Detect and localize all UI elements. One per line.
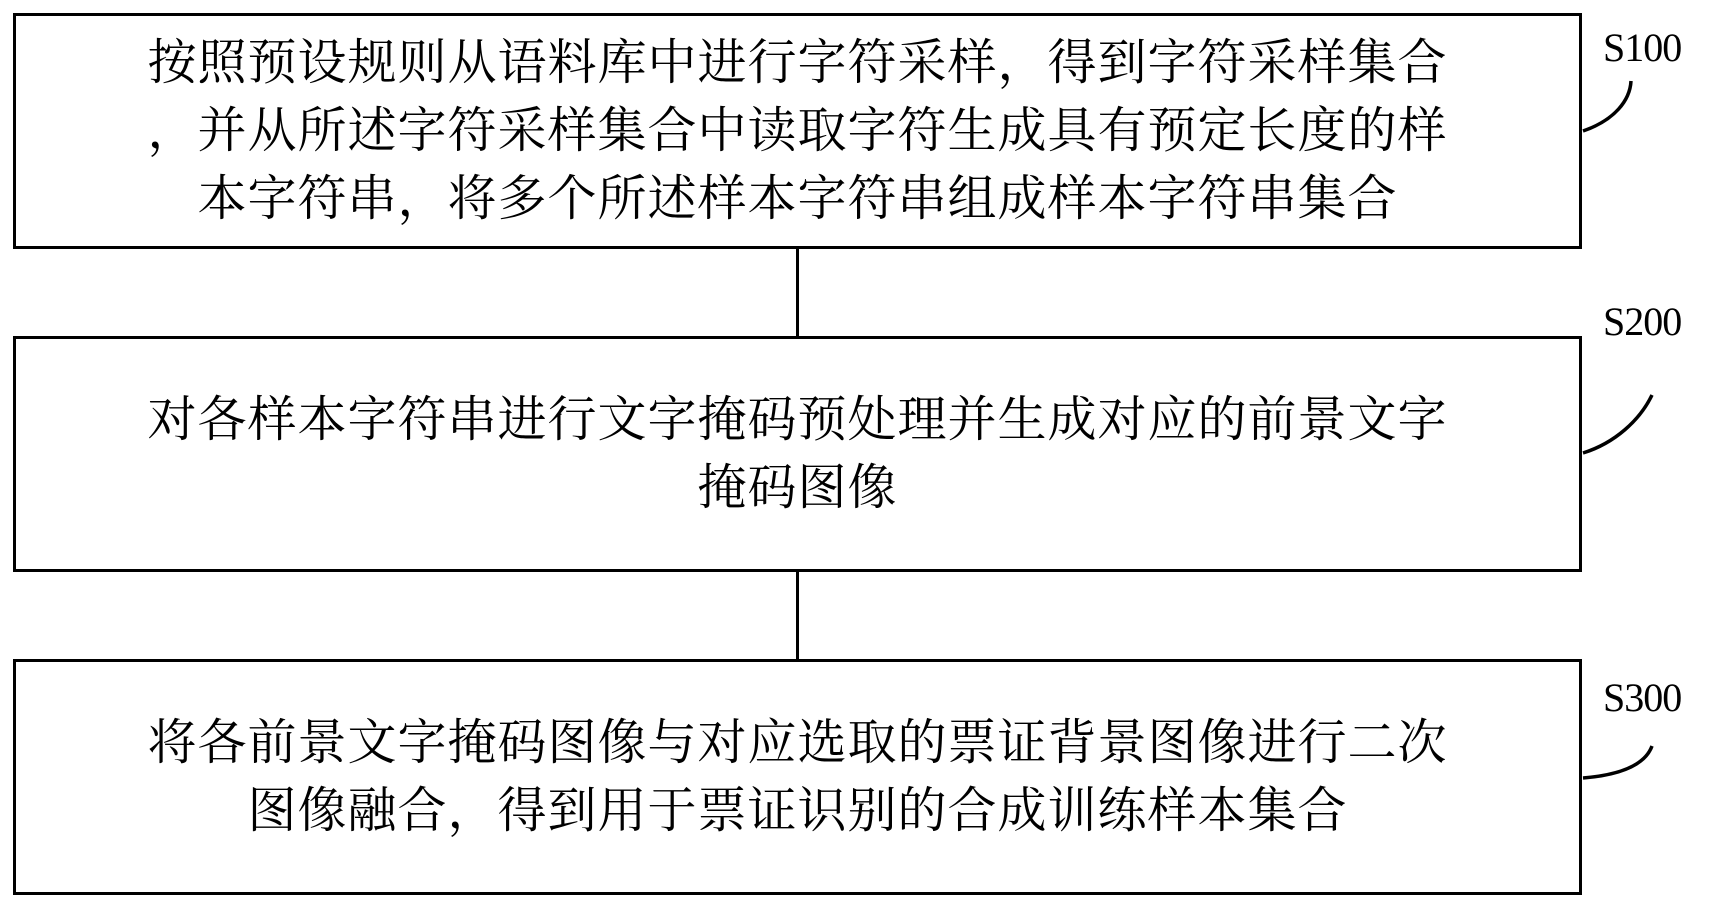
step-label-s100: S100: [1603, 28, 1681, 68]
step-box-s100: 按照预设规则从语料库中进行字符采样，得到字符采样集合 ，并从所述字符采样集合中读…: [13, 13, 1582, 249]
connector-s200-s300: [796, 572, 799, 659]
step-s100-line-1: 按照预设规则从语料库中进行字符采样，得到字符采样集合: [46, 29, 1549, 97]
step-text-s300: 将各前景文字掩码图像与对应选取的票证背景图像进行二次 图像融合，得到用于票证识别…: [16, 709, 1579, 845]
leader-curve-s200: [1583, 395, 1652, 453]
step-s200-line-1: 对各样本字符串进行文字掩码预处理并生成对应的前景文字: [46, 386, 1549, 454]
step-box-s200: 对各样本字符串进行文字掩码预处理并生成对应的前景文字 掩码图像: [13, 336, 1582, 572]
step-s100-line-2: ，并从所述字符采样集合中读取字符生成具有预定长度的样: [46, 97, 1549, 165]
step-text-s100: 按照预设规则从语料库中进行字符采样，得到字符采样集合 ，并从所述字符采样集合中读…: [16, 29, 1579, 233]
step-s100-line-3: 本字符串，将多个所述样本字符串组成样本字符串集合: [46, 165, 1549, 233]
step-s300-line-1: 将各前景文字掩码图像与对应选取的票证背景图像进行二次: [46, 709, 1549, 777]
step-box-s300: 将各前景文字掩码图像与对应选取的票证背景图像进行二次 图像融合，得到用于票证识别…: [13, 659, 1582, 895]
step-s200-line-2: 掩码图像: [46, 454, 1549, 522]
leader-curve-s300: [1583, 746, 1652, 778]
leader-curve-s100: [1583, 81, 1631, 131]
step-label-s300: S300: [1603, 678, 1681, 718]
step-s300-line-2: 图像融合，得到用于票证识别的合成训练样本集合: [46, 777, 1549, 845]
step-label-s200: S200: [1603, 302, 1681, 342]
step-text-s200: 对各样本字符串进行文字掩码预处理并生成对应的前景文字 掩码图像: [16, 386, 1579, 522]
connector-s100-s200: [796, 249, 799, 336]
